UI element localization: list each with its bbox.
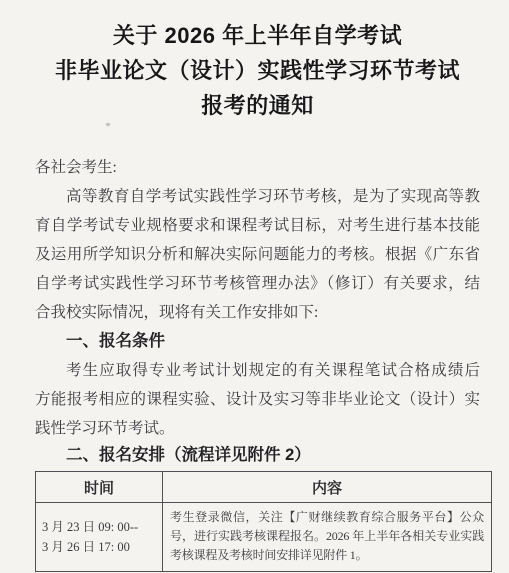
document-body: 各社会考生: 高等教育自学考试实践性学习环节考核，是为了实现高等教 育自学考试专… — [35, 153, 480, 572]
paragraph-line: 高等教育自学考试实践性学习环节考核，是为了实现高等教 — [35, 182, 480, 211]
paragraph-conditions: 考生应取得专业考试计划规定的有关课程笔试合格成绩后 方能报考相应的课程实验、设计… — [35, 356, 480, 443]
scan-artifact — [106, 123, 110, 126]
table-header-content: 内容 — [163, 472, 491, 502]
salutation: 各社会考生: — [35, 153, 480, 182]
paragraph-line: 合我校实际情况，现将有关工作安排如下: — [35, 298, 480, 327]
document-title: 关于 2026 年上半年自学考试 非毕业论文（设计）实践性学习环节考试 报考的通… — [35, 18, 480, 123]
paragraph-line: 方能报考相应的课程实验、设计及实习等非毕业论文（设计）实 — [35, 385, 480, 414]
title-line-2: 非毕业论文（设计）实践性学习环节考试 — [35, 53, 480, 88]
paragraph-intro: 高等教育自学考试实践性学习环节考核，是为了实现高等教 育自学考试专业规格要求和课… — [35, 182, 480, 327]
section-heading-conditions: 一、报名条件 — [35, 327, 480, 356]
registration-schedule-table: 时间 内容 3 月 23 日 09: 00-- 3 月 26 日 17: 00 … — [35, 471, 492, 572]
paragraph-line: 考生应取得专业考试计划规定的有关课程笔试合格成绩后 — [35, 356, 480, 385]
paragraph-line: 践性学习环节考试。 — [35, 414, 480, 443]
paragraph-line: 自学考试实践性学习环节考核管理办法》（修订）有关要求，结 — [35, 269, 480, 298]
paragraph-line: 及运用所学知识分析和解决实际问题能力的考核。根据《广东省 — [35, 240, 480, 269]
table-row: 3 月 23 日 09: 00-- 3 月 26 日 17: 00 考生登录微信… — [36, 503, 491, 571]
time-range-end: 3 月 26 日 17: 00 — [42, 537, 160, 557]
table-cell-content: 考生登录微信，关注【广财继续教育综合服务平台】公众号，进行实践考核课程报名。20… — [163, 503, 491, 571]
document-page: 关于 2026 年上半年自学考试 非毕业论文（设计）实践性学习环节考试 报考的通… — [0, 0, 509, 573]
section-heading-schedule: 二、报名安排（流程详见附件 2） — [35, 443, 480, 468]
table-header-row: 时间 内容 — [36, 472, 491, 503]
table-cell-time: 3 月 23 日 09: 00-- 3 月 26 日 17: 00 — [36, 503, 163, 571]
paragraph-line: 育自学考试专业规格要求和课程考试目标，对考生进行基本技能 — [35, 211, 480, 240]
title-line-1: 关于 2026 年上半年自学考试 — [35, 18, 480, 53]
time-range-start: 3 月 23 日 09: 00-- — [42, 517, 160, 537]
table-header-time: 时间 — [36, 472, 163, 502]
title-line-3: 报考的通知 — [35, 88, 480, 123]
